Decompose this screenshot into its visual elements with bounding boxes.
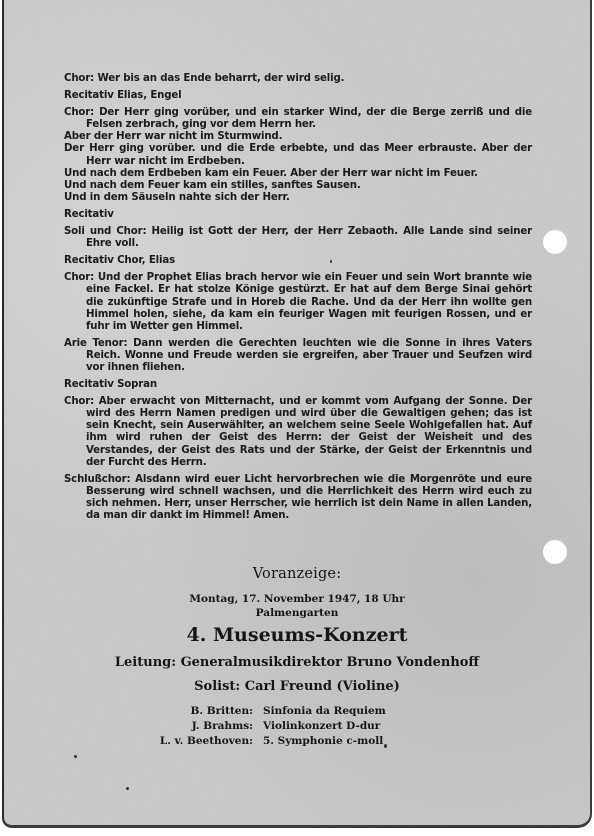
libretto-line: Chor: Der Herr ging vorüber, und ein sta… <box>86 107 532 131</box>
work-title: Sinfonia da Requiem <box>263 704 386 719</box>
section-heading: Recitativ Sopran <box>64 379 532 391</box>
program-item: L. v. Beethoven: 5. Symphonie c-moll <box>150 734 386 749</box>
punch-hole-bottom <box>543 540 567 564</box>
composer: L. v. Beethoven: <box>150 734 263 749</box>
work-title: Violinkonzert D-dur <box>263 719 380 734</box>
libretto-line: Der Herr ging vorüber. und die Erde erbe… <box>86 143 532 167</box>
program-item: B. Britten: Sinfonia da Requiem <box>150 704 386 719</box>
concert-title: 4. Museums-Konzert <box>0 624 594 646</box>
composer: B. Britten: <box>150 704 263 719</box>
section-heading: Recitativ Elias, Engel <box>64 90 532 102</box>
libretto-entry: Chor: Und der Prophet Elias brach hervor… <box>64 272 532 332</box>
libretto-line: Schlußchor: Alsdann wird euer Licht herv… <box>86 474 532 522</box>
libretto-entry: Soli und Chor: Heilig ist Gott der Herr,… <box>64 226 532 250</box>
libretto-line: Aber der Herr war nicht im Sturmwind. <box>86 131 532 143</box>
libretto-entry: Arie Tenor: Dann werden die Gerechten le… <box>64 338 532 374</box>
libretto-line: Arie Tenor: Dann werden die Gerechten le… <box>86 338 532 374</box>
libretto-line: Und nach dem Erdbeben kam ein Feuer. Abe… <box>86 168 532 180</box>
libretto-entry: Chor: Der Herr ging vorüber, und ein sta… <box>64 107 532 204</box>
notice-title: Voranzeige: <box>0 566 594 582</box>
soloist-line: Solist: Carl Freund (Violine) <box>0 679 594 694</box>
composer: J. Brahms: <box>150 719 263 734</box>
libretto-entry: Schlußchor: Alsdann wird euer Licht herv… <box>64 474 532 522</box>
libretto-line: Chor: Wer bis an das Ende beharrt, der w… <box>86 73 532 85</box>
libretto-line: Soli und Chor: Heilig ist Gott der Herr,… <box>86 226 532 250</box>
concert-venue: Palmengarten <box>0 607 594 619</box>
program-list: B. Britten: Sinfonia da Requiem J. Brahm… <box>150 704 386 749</box>
libretto-line: Und nach dem Feuer kam ein stilles, sanf… <box>86 180 532 192</box>
section-heading: Recitativ <box>64 209 532 221</box>
punch-hole-top <box>543 230 567 254</box>
libretto-line: Und in dem Säuseln nahte sich der Herr. <box>86 192 532 204</box>
libretto-entry: Chor: Wer bis an das Ende beharrt, der w… <box>64 73 532 85</box>
work-title: 5. Symphonie c-moll <box>263 734 383 749</box>
paper-speck <box>126 787 129 790</box>
libretto-entry: Chor: Aber erwacht von Mitternacht, und … <box>64 396 532 469</box>
paper-speck <box>74 755 77 758</box>
libretto-text: Chor: Wer bis an das Ende beharrt, der w… <box>64 73 532 527</box>
section-heading: Recitativ Chor, Elias <box>64 255 532 267</box>
concert-date: Montag, 17. November 1947, 18 Uhr <box>0 593 594 605</box>
program-item: J. Brahms: Violinkonzert D-dur <box>150 719 386 734</box>
libretto-line: Chor: Aber erwacht von Mitternacht, und … <box>86 396 532 469</box>
conductor-line: Leitung: Generalmusikdirektor Bruno Vond… <box>0 655 594 670</box>
libretto-line: Chor: Und der Prophet Elias brach hervor… <box>86 272 532 332</box>
